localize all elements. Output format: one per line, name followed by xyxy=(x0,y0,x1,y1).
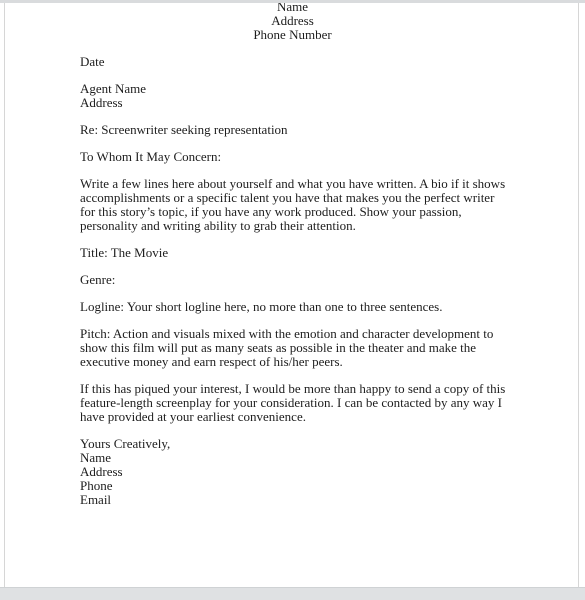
date-line: Date xyxy=(80,55,577,69)
signature-address: Address xyxy=(80,465,577,479)
closing-paragraph: If this has piqued your interest, I woul… xyxy=(80,382,577,424)
signature-block: Yours Creatively, Name Address Phone Ema… xyxy=(80,437,577,507)
genre-line: Genre: xyxy=(80,273,577,287)
page-top-edge xyxy=(0,0,585,3)
title-text: Title: The Movie xyxy=(80,246,577,260)
salutation-line: To Whom It May Concern: xyxy=(80,150,577,164)
signature-email: Email xyxy=(80,493,577,507)
sender-block: Name Address Phone Number xyxy=(0,0,585,42)
genre-text: Genre: xyxy=(80,273,577,287)
subject-text: Re: Screenwriter seeking representation xyxy=(80,123,577,137)
page-left-edge xyxy=(4,3,5,588)
title-line: Title: The Movie xyxy=(80,246,577,260)
recipient-address: Address xyxy=(80,96,577,110)
bio-paragraph: Write a few lines here about yourself an… xyxy=(80,177,577,233)
recipient-name: Agent Name xyxy=(80,82,577,96)
sender-address: Address xyxy=(0,14,585,28)
page-right-edge xyxy=(578,3,579,588)
signature-name: Name xyxy=(80,451,577,465)
pitch-paragraph: Pitch: Action and visuals mixed with the… xyxy=(80,327,577,369)
page-bottom-edge xyxy=(0,587,585,600)
letter-page: Name Address Phone Number Date Agent Nam… xyxy=(0,0,585,600)
logline-line: Logline: Your short logline here, no mor… xyxy=(80,300,577,314)
salutation-text: To Whom It May Concern: xyxy=(80,150,577,164)
date-text: Date xyxy=(80,55,577,69)
subject-line: Re: Screenwriter seeking representation xyxy=(80,123,577,137)
sender-phone: Phone Number xyxy=(0,28,585,42)
logline-text: Logline: Your short logline here, no mor… xyxy=(80,300,577,314)
signoff-text: Yours Creatively, xyxy=(80,437,577,451)
recipient-block: Agent Name Address xyxy=(80,82,577,110)
letter-body: Date Agent Name Address Re: Screenwriter… xyxy=(80,55,577,507)
signature-phone: Phone xyxy=(80,479,577,493)
